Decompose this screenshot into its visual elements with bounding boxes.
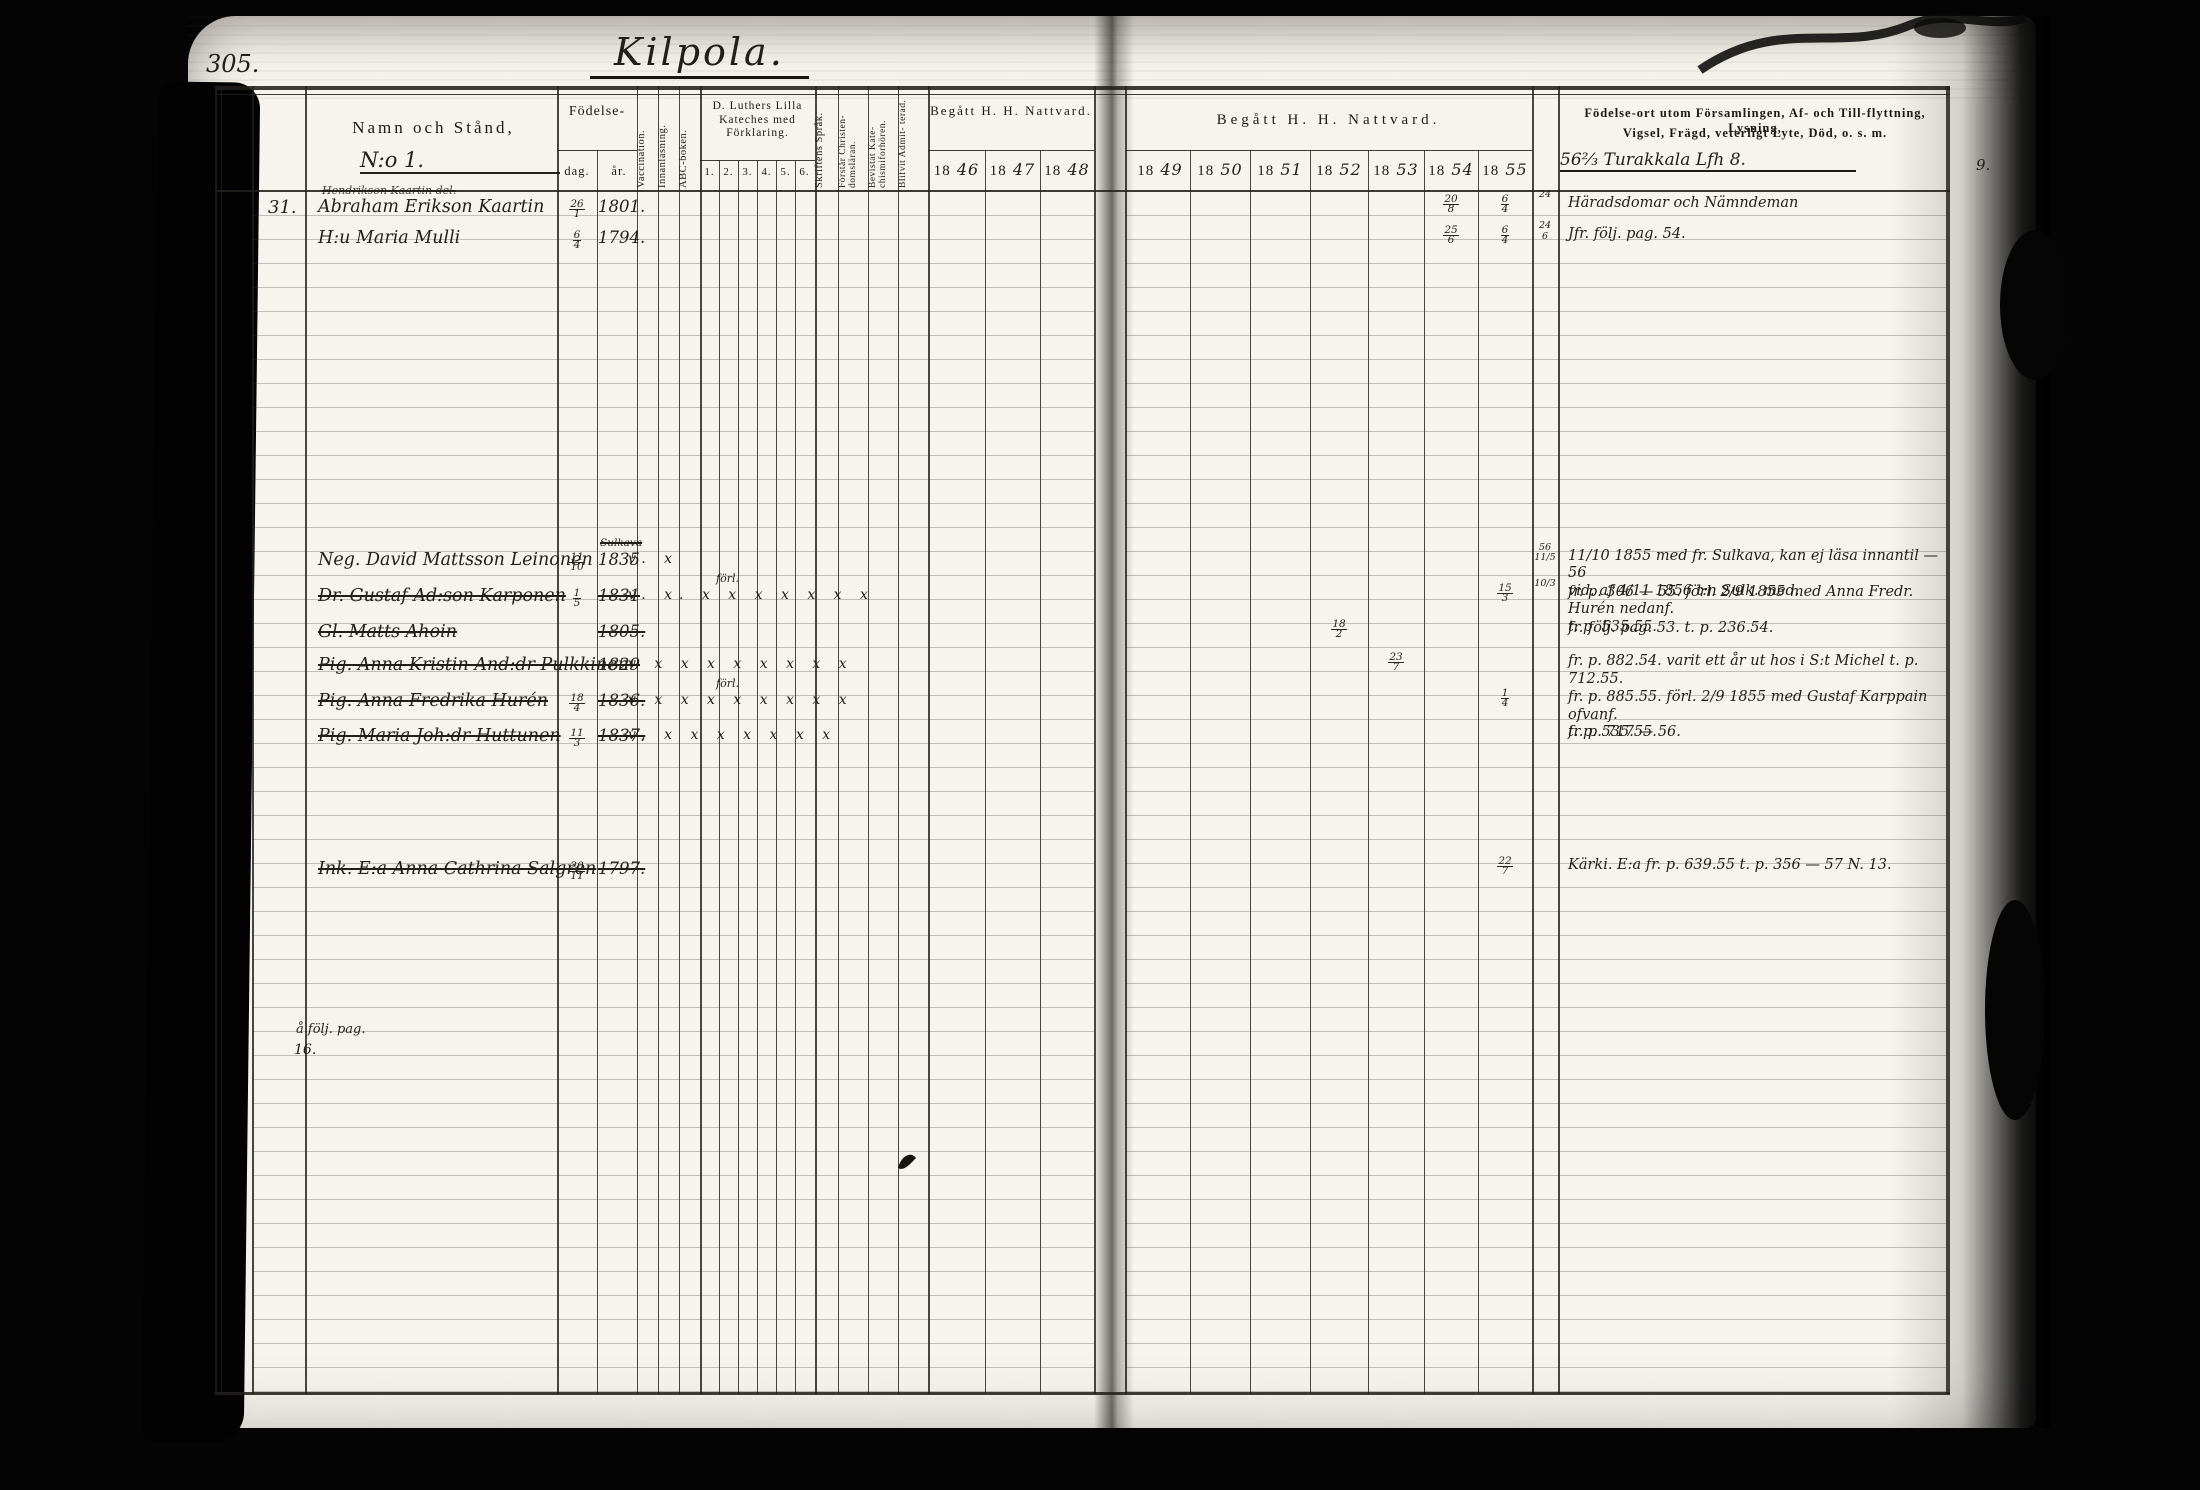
year-prefix: 18 xyxy=(1373,163,1390,179)
table-row: Pig. Maria Joh:dr Huttunen1131837.v. x x… xyxy=(0,726,2200,750)
row-rule xyxy=(928,150,1094,151)
row-rule xyxy=(1125,150,1532,151)
table-row: H:u Maria Mulli641794.2566424 6Jfr. följ… xyxy=(0,228,2200,252)
year-header: 18 46 xyxy=(928,160,985,180)
row-rule xyxy=(215,86,1950,90)
entry-catechism-marks: v. x xyxy=(628,551,818,567)
entry-catechism-marks: v x x x x x x x x xyxy=(628,692,818,708)
entry-communion-date: 256 xyxy=(1424,225,1478,245)
entry-birth-day-fraction: 2011 xyxy=(569,862,584,881)
entry-birth-day: 15 xyxy=(556,588,598,608)
entry-communion-date: 237 xyxy=(1368,652,1424,672)
header-blifvit-admitterad: Blifvit Admit- terad. xyxy=(898,98,928,188)
entry-marks-note: förl. xyxy=(716,572,739,585)
entry-name: Pig. Anna Kristin And:dr Pulkkinen xyxy=(318,655,558,675)
entry-name: Abraham Erikson Kaartin xyxy=(318,197,558,217)
entry-margin-number: 31. xyxy=(268,197,308,218)
row-rule xyxy=(215,190,1950,192)
entry-communion-date-fraction: 14 xyxy=(1501,689,1510,708)
year-header: 18 53 xyxy=(1368,160,1424,180)
column-rule xyxy=(738,160,739,1394)
year-header: 18 52 xyxy=(1310,160,1368,180)
year-header: 18 47 xyxy=(985,160,1040,180)
catechism-col-label: 4. xyxy=(757,166,776,178)
year-digits: 53 xyxy=(1390,160,1418,179)
entry-birth-day-fraction: 184 xyxy=(569,694,584,713)
entry-note-above: Hendrikson Kaartin del. xyxy=(322,184,456,197)
year-digits: 54 xyxy=(1445,160,1473,179)
year-prefix: 18 xyxy=(1137,163,1154,179)
entry-communion-date: 14 xyxy=(1478,688,1532,708)
year-header: 18 50 xyxy=(1190,160,1250,180)
header-name: Namn och Stånd, xyxy=(310,118,557,138)
entry-remark: Jfr. följ. pag. 54. xyxy=(1568,226,1954,244)
year-prefix: 18 xyxy=(990,163,1007,179)
header-communion-left: Begått H. H. Nattvard. xyxy=(928,102,1094,119)
scanned-ledger-page: 305. Kilpola. 9. Namn och Stånd, Födelse… xyxy=(0,0,2200,1490)
year-prefix: 18 xyxy=(934,163,951,179)
entry-remark: fr. p. 717 — 56. xyxy=(1568,724,1954,742)
entry-year-note: Sulkava xyxy=(600,537,642,549)
header-innanlasning: Innanläsning. xyxy=(658,98,679,188)
entry-remark: Häradsdomar och Nämndeman xyxy=(1568,195,1954,213)
entry-catechism-marks: v. x. x x x x x x x xyxy=(628,587,818,603)
entry-catechism-marks: v x x x x x x x x xyxy=(628,656,818,672)
entry-birth-day-fraction: 261 xyxy=(569,200,584,219)
table-row: Pig. Anna Kristin And:dr Pulkkinen1829v … xyxy=(0,655,2200,679)
year-header: 18 49 xyxy=(1130,160,1190,180)
year-prefix: 18 xyxy=(1316,163,1333,179)
entry-name: Neg. David Mattsson Leinonen xyxy=(318,550,558,570)
year-prefix: 18 xyxy=(1428,163,1445,179)
entry-communion-date-fraction: 64 xyxy=(1501,226,1510,245)
entry-communion-date-fraction: 237 xyxy=(1388,653,1403,672)
entry-communion-date: 182 xyxy=(1310,619,1368,639)
row-rule xyxy=(700,160,815,161)
entry-ref-column: 24 xyxy=(1532,190,1558,201)
column-rule xyxy=(1040,150,1041,1394)
entry-communion-date: 227 xyxy=(1478,856,1532,876)
ink-shadow-blob xyxy=(2000,230,2070,380)
header-birth-year: år. xyxy=(599,164,639,179)
entry-birth-day-fraction: 1110 xyxy=(569,553,584,572)
row-rule xyxy=(557,150,637,151)
entry-birth-year: 1805. xyxy=(598,622,654,641)
column-rule xyxy=(1478,150,1479,1394)
catechism-col-label: 3. xyxy=(738,166,757,178)
table-row: Dr. Gustaf Ad:son Karponen151831v. x. x … xyxy=(0,586,2200,610)
right-header-note: 56⅔ Turakkala Lfh 8. xyxy=(1560,150,1856,172)
header-remarks-line2: Vigsel, Frägd, veterligt Lyte, Död, o. s… xyxy=(1565,126,1945,141)
table-row: Neg. David Mattsson Leinonen11101835Sulk… xyxy=(0,550,2200,574)
ink-flourish xyxy=(1690,0,2030,90)
entry-catechism-marks: v. x x x x x x x xyxy=(628,727,818,743)
scan-left-edge xyxy=(142,81,261,1442)
header-abc-boken: ABC-boken. xyxy=(679,98,700,188)
column-rule xyxy=(719,160,720,1394)
entry-birth-day-fraction: 15 xyxy=(573,589,582,608)
year-digits: 55 xyxy=(1499,160,1527,179)
entry-birth-day: 184 xyxy=(556,693,598,713)
row-rule xyxy=(215,94,1950,95)
page-number: 305. xyxy=(206,50,259,78)
entry-name: H:u Maria Mulli xyxy=(318,228,558,248)
catechism-col-label: 2. xyxy=(719,166,738,178)
catechism-col-label: 1. xyxy=(700,166,719,178)
entry-name: Dr. Gustaf Ad:son Karponen xyxy=(318,586,558,606)
row-scribble: N:o 1. xyxy=(360,148,560,174)
entry-communion-date-fraction: 208 xyxy=(1443,195,1458,214)
entry-birth-day: 261 xyxy=(556,199,598,219)
year-prefix: 18 xyxy=(1044,163,1061,179)
header-forstar-christendomslaran: Förstår Christen- domsläran. xyxy=(838,98,868,188)
column-rule xyxy=(757,160,758,1394)
entry-name: Gl. Matts Ahoin xyxy=(318,622,558,642)
entry-birth-day: 64 xyxy=(556,230,598,250)
entry-communion-date-fraction: 153 xyxy=(1497,584,1512,603)
stray-mark: 9. xyxy=(1976,156,1990,174)
year-prefix: 18 xyxy=(1197,163,1214,179)
entry-birth-year: 1801. xyxy=(598,197,654,216)
entry-communion-date-fraction: 256 xyxy=(1443,226,1458,245)
entry-name: Pig. Anna Fredrika Hurén xyxy=(318,691,558,711)
entry-birth-day: 113 xyxy=(556,728,598,748)
entry-name: Ink. E:a Anna Cathrina Salgren xyxy=(318,859,558,879)
entry-birth-day: 2011 xyxy=(556,861,598,881)
entry-communion-date: 64 xyxy=(1478,225,1532,245)
header-vaccination: Vaccination. xyxy=(637,98,658,188)
entry-ref-column: 24 6 xyxy=(1532,221,1558,242)
entry-marks-note: förl. xyxy=(716,677,739,690)
header-catechism-group: D. Luthers Lilla Kateches med Förklaring… xyxy=(701,100,814,141)
entry-communion-date-fraction: 227 xyxy=(1497,857,1512,876)
entry-ref-column: 10/3 xyxy=(1532,579,1558,590)
ruled-lines-left xyxy=(252,192,1094,1392)
column-rule xyxy=(1310,150,1311,1394)
header-bevistat-katechismiforhoren: Bevistat Kate- chismiforhören. xyxy=(868,98,898,188)
column-rule xyxy=(1250,150,1251,1394)
header-skriftens-sprak: Skriftens Språk. xyxy=(815,98,838,188)
entry-communion-date: 64 xyxy=(1478,194,1532,214)
entry-birth-year: 1797. xyxy=(598,859,654,878)
year-digits: 51 xyxy=(1274,160,1302,179)
year-digits: 50 xyxy=(1214,160,1242,179)
year-digits: 46 xyxy=(951,160,979,179)
year-digits: 52 xyxy=(1333,160,1361,179)
table-row: Pig. Anna Fredrika Hurén1841836.v x x x … xyxy=(0,691,2200,715)
entry-communion-date-fraction: 64 xyxy=(1501,195,1510,214)
column-rule xyxy=(985,150,986,1394)
entry-remark: Kärki. E:a fr. p. 639.55 t. p. 356 — 57 … xyxy=(1568,857,1954,875)
column-rule xyxy=(1190,150,1191,1394)
table-row: Gl. Matts Ahoin1805.182fr. följ. pag. 53… xyxy=(0,622,2200,646)
entry-communion-date: 153 xyxy=(1478,583,1532,603)
entry-remark: fr. följ. pag. 53. t. p. 236.54. xyxy=(1568,620,1954,638)
ruled-lines-right xyxy=(1125,192,1946,1392)
column-rule xyxy=(795,160,796,1394)
header-birth-group: Födelse- xyxy=(551,104,643,120)
year-prefix: 18 xyxy=(1482,163,1499,179)
entry-name: Pig. Maria Joh:dr Huttunen xyxy=(318,726,558,746)
table-row: 31.Hendrikson Kaartin del.Abraham Erikso… xyxy=(0,197,2200,221)
entry-birth-year: 1794. xyxy=(598,228,654,247)
column-rule xyxy=(597,150,598,1394)
year-digits: 49 xyxy=(1154,160,1182,179)
header-birth-day: dag. xyxy=(555,164,599,179)
entry-communion-date: 208 xyxy=(1424,194,1478,214)
entry-birth-day-fraction: 113 xyxy=(569,729,584,748)
year-prefix: 18 xyxy=(1257,163,1274,179)
table-row: Ink. E:a Anna Cathrina Salgren20111797.2… xyxy=(0,859,2200,883)
year-header: 18 54 xyxy=(1424,160,1478,180)
row-rule xyxy=(215,1392,1950,1395)
year-header: 18 51 xyxy=(1250,160,1310,180)
ink-shadow-blob xyxy=(1985,900,2045,1120)
year-digits: 47 xyxy=(1007,160,1035,179)
entry-remark: fr. p. 882.54. varit ett år ut hos i S:t… xyxy=(1568,653,1954,688)
entry-communion-date-fraction: 182 xyxy=(1331,620,1346,639)
column-rule xyxy=(1424,150,1425,1394)
entry-ref-column: 56 11/5 xyxy=(1532,543,1558,564)
entry-birth-day-fraction: 64 xyxy=(573,231,582,250)
column-rule xyxy=(776,160,777,1394)
village-title: Kilpola. xyxy=(590,30,809,79)
year-header: 18 48 xyxy=(1040,160,1094,180)
header-communion-right: Begått H. H. Nattvard. xyxy=(1125,112,1532,129)
year-digits: 48 xyxy=(1061,160,1089,179)
year-header: 18 55 xyxy=(1478,160,1532,180)
catechism-col-label: 6. xyxy=(795,166,814,178)
column-rule xyxy=(1368,150,1369,1394)
catechism-col-label: 5. xyxy=(776,166,795,178)
entry-birth-day: 1110 xyxy=(556,552,598,572)
